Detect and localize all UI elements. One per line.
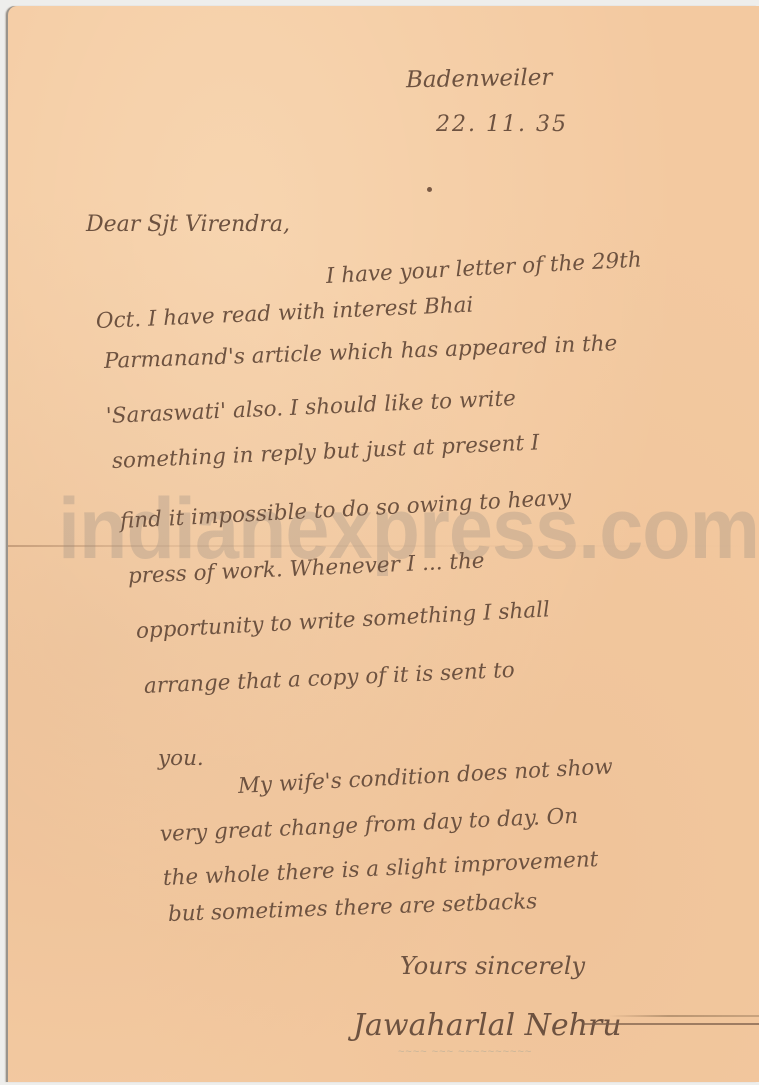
body-line: 'Saraswati' also. I should like to write	[106, 388, 517, 427]
body-line: you.	[158, 748, 204, 770]
body-line: the whole there is a slight improvement	[163, 849, 599, 889]
faint-stamp: ~~~~ ~~~ ~~~~~~~~~~	[398, 1046, 532, 1058]
letter-greeting: Dear Sjt Virendra,	[86, 214, 290, 236]
body-line: very great change from day to day. On	[160, 806, 579, 846]
signature: Jawaharlal Nehru	[353, 1011, 622, 1041]
letter-place: Badenweiler	[406, 67, 553, 93]
body-line: opportunity to write something I shall	[135, 599, 550, 642]
body-line: Parmanand's article which has appeared i…	[104, 333, 618, 372]
body-line: something in reply but just at present I	[112, 432, 540, 472]
body-line: Oct. I have read with interest Bhai	[96, 295, 474, 333]
letter-paper: indianexpress.com Badenweiler 22. 11. 35…	[8, 6, 759, 1082]
body-line: My wife's condition does not show	[237, 756, 613, 797]
body-line: but sometimes there are setbacks	[168, 891, 538, 925]
body-line: I have your letter of the 29th	[325, 249, 642, 287]
bottom-crease	[608, 1015, 759, 1017]
body-line: find it impossible to do so owing to hea…	[119, 487, 571, 532]
body-line: arrange that a copy of it is sent to	[144, 660, 516, 698]
body-line: press of work. Whenever I ... the	[128, 550, 485, 587]
ink-dot	[427, 187, 432, 192]
letter-date: 22. 11. 35	[436, 114, 568, 136]
scanned-letter: indianexpress.com Badenweiler 22. 11. 35…	[0, 0, 759, 1085]
letter-closing: Yours sincerely	[400, 954, 585, 978]
fold-crease	[8, 545, 759, 547]
signature-flourish	[583, 1023, 759, 1025]
